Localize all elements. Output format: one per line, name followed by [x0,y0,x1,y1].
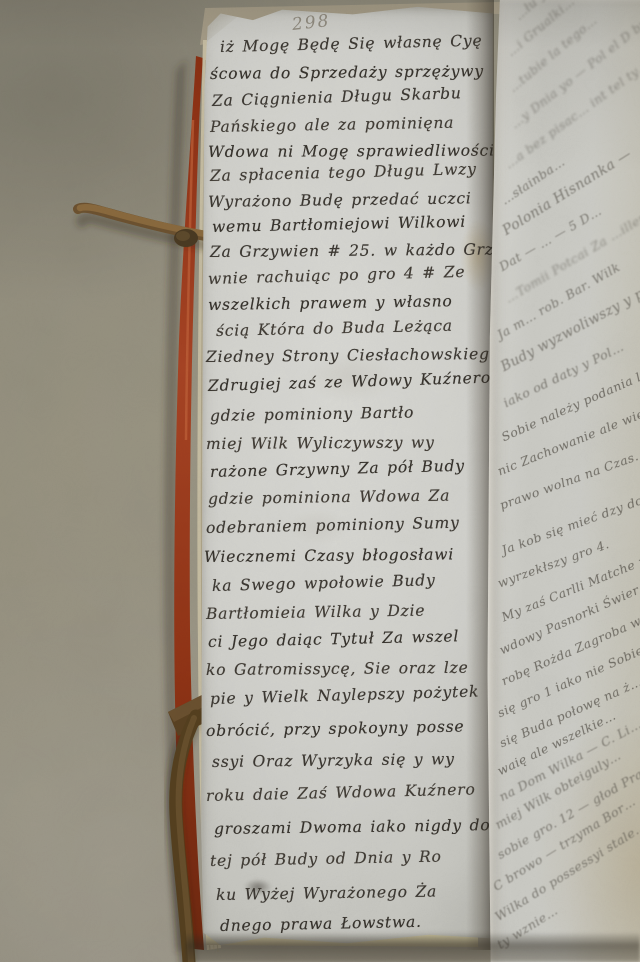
manuscript-line: ka Swego wpołowie Budy [212,571,436,595]
manuscript-line: Ziedney Strony Ciesłachowskiego [206,345,500,366]
manuscript-line: miej Wilk Wyliczywszy wy [206,433,435,453]
manuscript-line: Pańskiego ale za pominięna [210,114,455,136]
leather-strap-bottom [176,716,196,962]
manuscript-line: gdzie pominiony Bartło [210,403,414,425]
manuscript-line: roku daie Zaś Wdowa Kuźnero [206,780,476,805]
manuscript-line: Za Ciągnienia Długu Skarbu [212,84,462,110]
manuscript-line: Bartłomieia Wilka y Dzie [206,602,426,623]
leather-strap-top-face [80,207,212,235]
manuscript-line: Wyrażono Budę przedać uczci [208,189,472,211]
manuscript-line: tej pół Budy od Dnia y Ro [210,848,442,870]
manuscript-line: gdzie pominiona Wdowa Za [208,487,450,508]
manuscript-line: ko Gatromissycę, Sie oraz lze [206,659,469,679]
manuscript-line: Za Grzywien # 25. w każdo Grzy [210,240,503,261]
manuscript-line: wnie rachuiąc po gro 4 # Ze [208,263,466,288]
manuscript-line: Wiecznemi Czasy błogosławi [204,545,454,566]
manuscript-line: pie y Wielk Naylepszy pożytek [210,682,480,708]
manuscript-line: ścowa do Sprzedaży sprzężywy [210,62,484,83]
right-page: …łu y ti… …i Grualki… …tubie la tego… …y… [486,0,640,962]
ink-blot [244,879,272,895]
book-bottom-shadow [186,932,640,962]
leather-strap-bottom-flag-face [168,694,205,722]
manuscript-line: ci Jego daiąc Tytuł Za wszel [208,627,460,651]
manuscript-line: groszami Dwoma iako nigdy do [214,816,491,838]
spine-highlight [186,120,193,440]
strap-knot [174,229,198,247]
strap-bottom-shadow [174,712,198,960]
manuscript-line: ssyi Oraz Wyrzyka się y wy [212,750,455,771]
manuscript-line: Zdrugiej zaś ze Wdowy Kuźnero [208,369,491,395]
manuscript-line: iż Mogę Będę Się własnę Cyę [220,32,483,56]
manuscript-line: wemu Bartłomiejowi Wilkowi [212,213,466,236]
book-spine [174,56,204,950]
manuscript-line: rażone Grzywny Za pół Budy [210,457,465,481]
manuscript-line: ścią Która do Buda Leżąca [216,317,453,340]
left-page: 298 iż Mogę Będę Się własnę Cyę ścowa do… [200,5,494,947]
page-number: 298 [291,11,331,35]
manuscript-photo: 298 iż Mogę Będę Się własnę Cyę ścowa do… [0,0,640,962]
manuscript-line: Za spłacenia tego Długu Lwzy [210,160,477,185]
manuscript-line: wszelkich prawem y własno [208,292,453,314]
manuscript-line: obrócić, przy spokoyny posse [206,717,465,740]
strap-knot-highlight [176,231,190,241]
leather-strap-bottom-flag [168,694,206,736]
spine-contact-shadow [164,60,190,952]
manuscript-line: odebraniem pominiony Sumy [206,514,460,537]
leather-strap-top [78,208,212,237]
strap-top-shadow [82,218,214,246]
leather-strap-bottom-face [179,718,194,962]
